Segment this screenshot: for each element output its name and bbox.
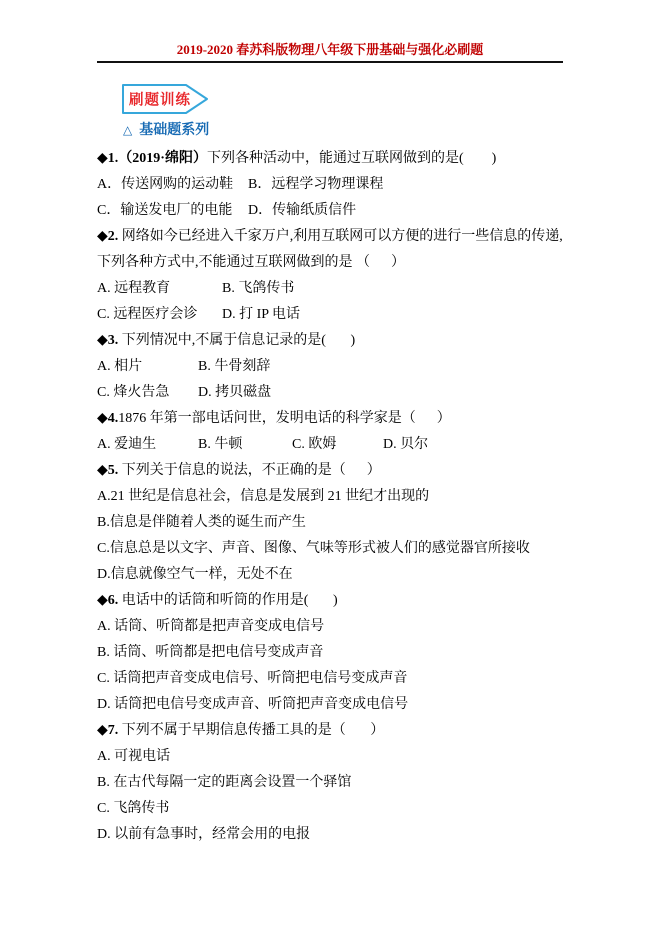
option-b: B. 在古代每隔一定的距离会设置一个驿馆 [97,770,571,796]
question-text: 下列关于信息的说法，不正确的是（ ） [118,463,381,478]
question-stem: ◆5. 下列关于信息的说法，不正确的是（ ） [97,458,571,484]
question-stem: ◆3. 下列情况中,不属于信息记录的是( ) [97,328,571,354]
section-heading: △基础题系列 [123,119,209,139]
option-d: D．传输纸质信件 [248,198,356,224]
question-7: ◆7. 下列不属于早期信息传播工具的是（ ） A. 可视电话 B. 在古代每隔一… [97,718,571,848]
option-c: C．输送发电厂的电能 [97,198,248,224]
option-a: A. 可视电话 [97,744,571,770]
option-b: B. 飞鸽传书 [222,276,294,302]
option-a: A. 话筒、听筒都是把声音变成电信号 [97,614,571,640]
option-c: C. 烽火告急 [97,380,198,406]
question-stem: ◆2. 网络如今已经进入千家万户,利用互联网可以方便的进行一些信息的传递,下列各… [97,224,571,276]
header-divider [97,61,563,63]
question-stem: ◆6. 电话中的话筒和听筒的作用是( ) [97,588,571,614]
options-row: C. 烽火告急 D. 拷贝磁盘 [97,380,571,406]
question-text: 网络如今已经进入千家万户,利用互联网可以方便的进行一些信息的传递,下列各种方式中… [97,229,563,270]
page-title: 2019-2020 春苏科版物理八年级下册基础与强化必刷题 [97,39,563,58]
question-number: ◆5. [97,463,118,478]
option-d: D. 话筒把电信号变成声音、听筒把声音变成电信号 [97,692,571,718]
badge-label: 刷题训练 [129,89,191,110]
option-b: B. 牛骨刻辞 [198,354,270,380]
option-d: D.信息就像空气一样，无处不在 [97,562,571,588]
option-a: A.21 世纪是信息社会，信息是发展到 21 世纪才出现的 [97,484,571,510]
option-d: D. 贝尔 [383,432,428,458]
question-number: ◆7. [97,723,118,738]
option-d: D. 拷贝磁盘 [198,380,271,406]
question-stem: ◆1.（2019·绵阳）下列各种活动中，能通过互联网做到的是( ) [97,146,571,172]
option-b: B．远程学习物理课程 [248,172,383,198]
options-row: A. 爱迪生 B. 牛顿 C. 欧姆 D. 贝尔 [97,432,571,458]
option-b: B.信息是伴随着人类的诞生而产生 [97,510,571,536]
question-text: 电话中的话筒和听筒的作用是( ) [118,593,337,608]
options-row: A. 相片 B. 牛骨刻辞 [97,354,571,380]
question-number: ◆1. [97,151,118,166]
option-c: C. 欧姆 [292,432,383,458]
question-stem: ◆4.1876 年第一部电话问世，发明电话的科学家是（ ） [97,406,571,432]
option-d: D. 打 IP 电话 [222,302,300,328]
triangle-icon: △ [123,123,132,137]
question-text: 下列各种活动中，能通过互联网做到的是( ) [207,151,496,166]
questions-list: ◆1.（2019·绵阳）下列各种活动中，能通过互联网做到的是( ) A．传送网购… [97,146,571,848]
question-5: ◆5. 下列关于信息的说法，不正确的是（ ） A.21 世纪是信息社会，信息是发… [97,458,571,588]
question-3: ◆3. 下列情况中,不属于信息记录的是( ) A. 相片 B. 牛骨刻辞 C. … [97,328,571,406]
option-a: A. 相片 [97,354,198,380]
options-row: A．传送网购的运动鞋 B．远程学习物理课程 [97,172,571,198]
question-source: （2019·绵阳） [118,151,207,166]
question-number: ◆6. [97,593,118,608]
question-6: ◆6. 电话中的话筒和听筒的作用是( ) A. 话筒、听筒都是把声音变成电信号 … [97,588,571,718]
practice-badge: 刷题训练 [122,84,210,114]
question-1: ◆1.（2019·绵阳）下列各种活动中，能通过互联网做到的是( ) A．传送网购… [97,146,571,224]
worksheet-page: 2019-2020 春苏科版物理八年级下册基础与强化必刷题 刷题训练 △基础题系… [0,0,661,935]
question-stem: ◆7. 下列不属于早期信息传播工具的是（ ） [97,718,571,744]
option-a: A. 爱迪生 [97,432,198,458]
question-number: ◆4. [97,411,118,426]
option-c: C. 远程医疗会诊 [97,302,222,328]
option-b: B. 话筒、听筒都是把电信号变成声音 [97,640,571,666]
question-text: 下列情况中,不属于信息记录的是( ) [118,333,355,348]
question-number: ◆2. [97,229,118,244]
question-number: ◆3. [97,333,118,348]
option-c: C. 话筒把声音变成电信号、听筒把电信号变成声音 [97,666,571,692]
question-2: ◆2. 网络如今已经进入千家万户,利用互联网可以方便的进行一些信息的传递,下列各… [97,224,571,328]
option-c: C.信息总是以文字、声音、图像、气味等形式被人们的感觉器官所接收 [97,536,571,562]
question-text: 1876 年第一部电话问世，发明电话的科学家是（ ） [118,411,451,426]
question-text: 下列不属于早期信息传播工具的是（ ） [118,723,384,738]
option-a: A．传送网购的运动鞋 [97,172,248,198]
options-row: C．输送发电厂的电能 D．传输纸质信件 [97,198,571,224]
question-4: ◆4.1876 年第一部电话问世，发明电话的科学家是（ ） A. 爱迪生 B. … [97,406,571,458]
section-title: 基础题系列 [139,123,209,138]
options-row: A. 远程教育 B. 飞鸽传书 [97,276,571,302]
option-a: A. 远程教育 [97,276,222,302]
option-d: D. 以前有急事时，经常会用的电报 [97,822,571,848]
option-b: B. 牛顿 [198,432,292,458]
option-c: C. 飞鸽传书 [97,796,571,822]
options-row: C. 远程医疗会诊 D. 打 IP 电话 [97,302,571,328]
